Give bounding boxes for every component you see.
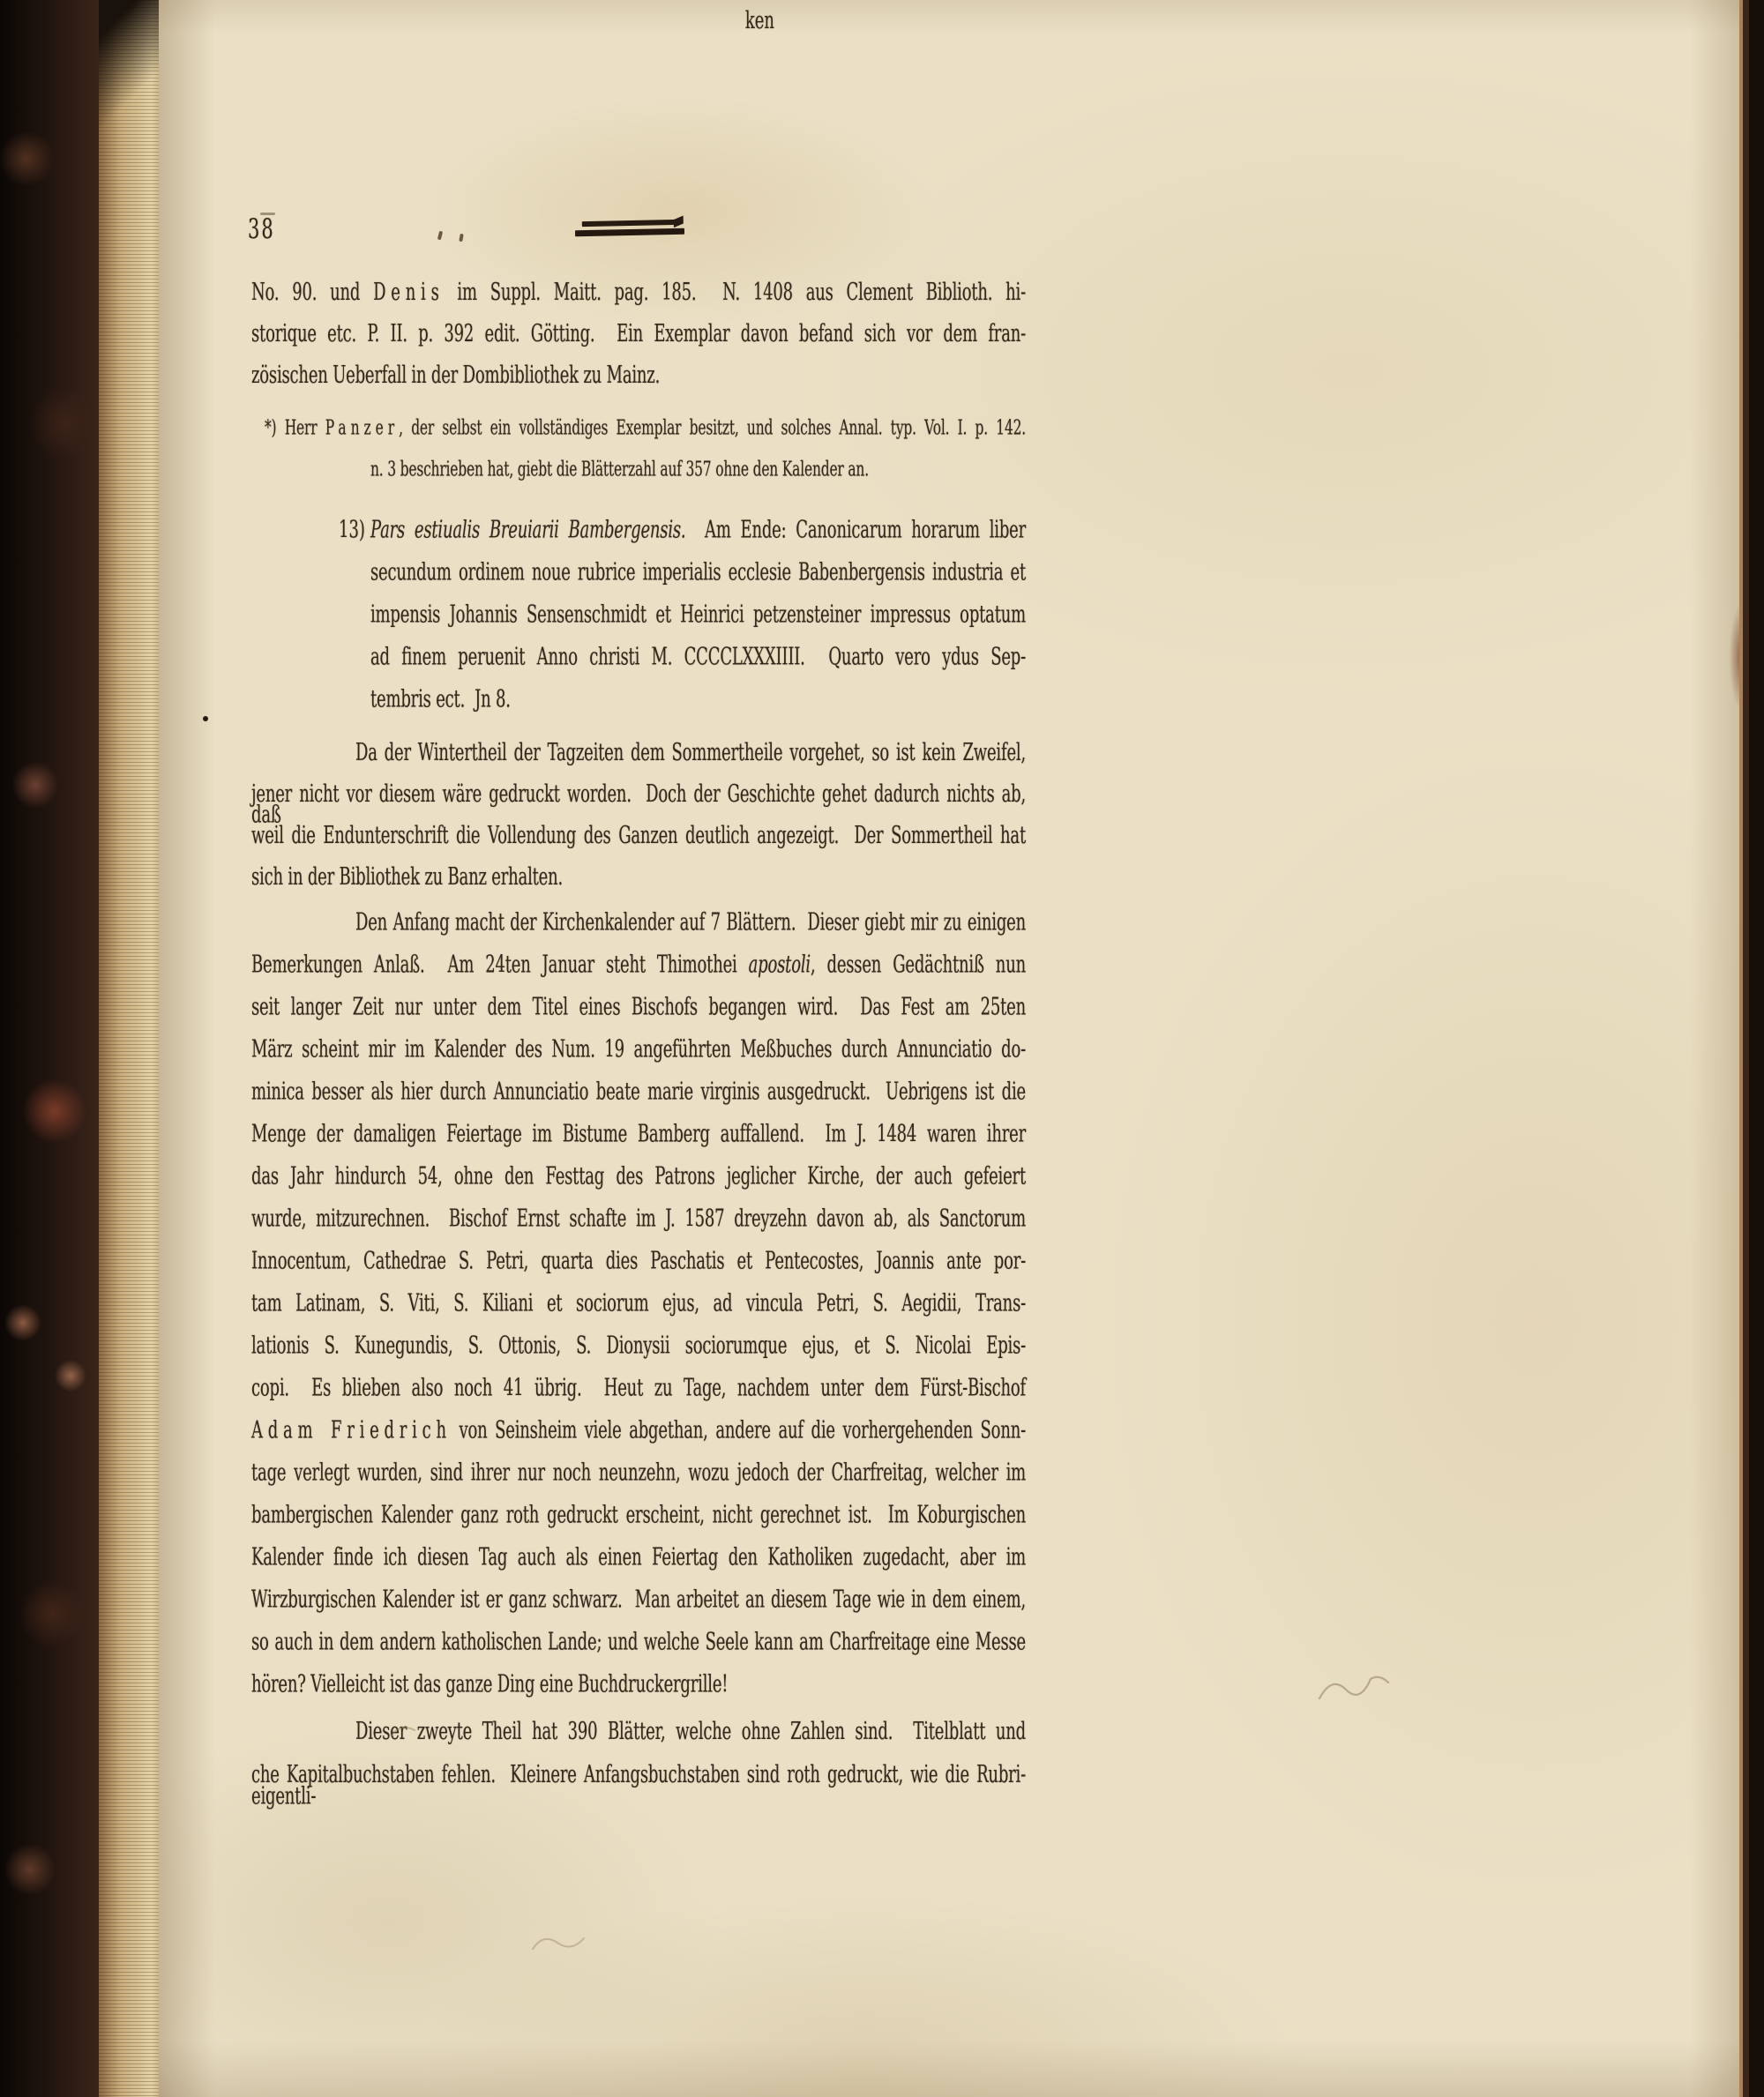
letterspaced-name: Panzer: [325, 415, 399, 439]
paragraph-zweyter-theil: Dieser zweyte Theil hat 390 Blätter, wel…: [251, 1710, 1026, 1796]
text-line: che Kapitalbuchstaben fehlen. Kleinere A…: [251, 1743, 1026, 1808]
text-run: , der selbst ein vollständiges Exemplar …: [399, 415, 1026, 439]
pencil-mark: [527, 1924, 593, 1961]
entry-item-13: 13)Pars estiualis Breuiarii Bambergensis…: [370, 510, 1026, 721]
pencil-mark: [1314, 1665, 1394, 1713]
divider-rule-ornament: [575, 220, 684, 243]
letterspaced-name: Adam Friedrich: [251, 1417, 452, 1445]
paragraph-wintertheil: Da der Wintertheil der Tagzeiten dem Som…: [251, 732, 1026, 898]
text-run: von Seinsheim viele abgethan, andere auf…: [452, 1417, 1026, 1445]
book-photo: 38 No. 90. und Denis im Suppl. Maitt. pa…: [0, 0, 1764, 2097]
rule-bar-bottom: [575, 228, 684, 237]
book-spine: [0, 0, 99, 2097]
text-run: , dessen Gedächtniß nun: [811, 951, 1026, 980]
paragraph-continuation: No. 90. und Denis im Suppl. Maitt. pag. …: [251, 272, 1026, 396]
italic-term: apostoli: [749, 951, 811, 980]
paragraph-kirchenkalender: Den Anfang macht der Kirchenkalender auf…: [251, 902, 1026, 1706]
page-fore-edges: [99, 0, 161, 2097]
cover-edge: [1739, 0, 1764, 2097]
text-run: *) Herr: [265, 415, 325, 439]
catchword: ken: [0, 0, 774, 52]
margin-mark: [260, 213, 275, 215]
footnote: *) Herr Panzer, der selbst ein vollständ…: [265, 407, 1026, 490]
pencil-mark: [386, 1716, 425, 1744]
text-run: Bemerkungen Anlaß. Am 24ten Januar steht…: [251, 951, 749, 980]
item-number: 13): [339, 499, 365, 563]
page-number: 38: [248, 204, 301, 255]
text-run: Am Ende: Canonicarum horarum liber: [685, 517, 1026, 545]
ink-speck: [203, 716, 208, 721]
rule-bar-top: [582, 220, 677, 227]
italic-title: Pars estiualis Breuiarii Bambergensis.: [370, 517, 685, 545]
footnote-line: n. 3 beschrieben hat, giebt die Blätterz…: [265, 438, 1026, 501]
